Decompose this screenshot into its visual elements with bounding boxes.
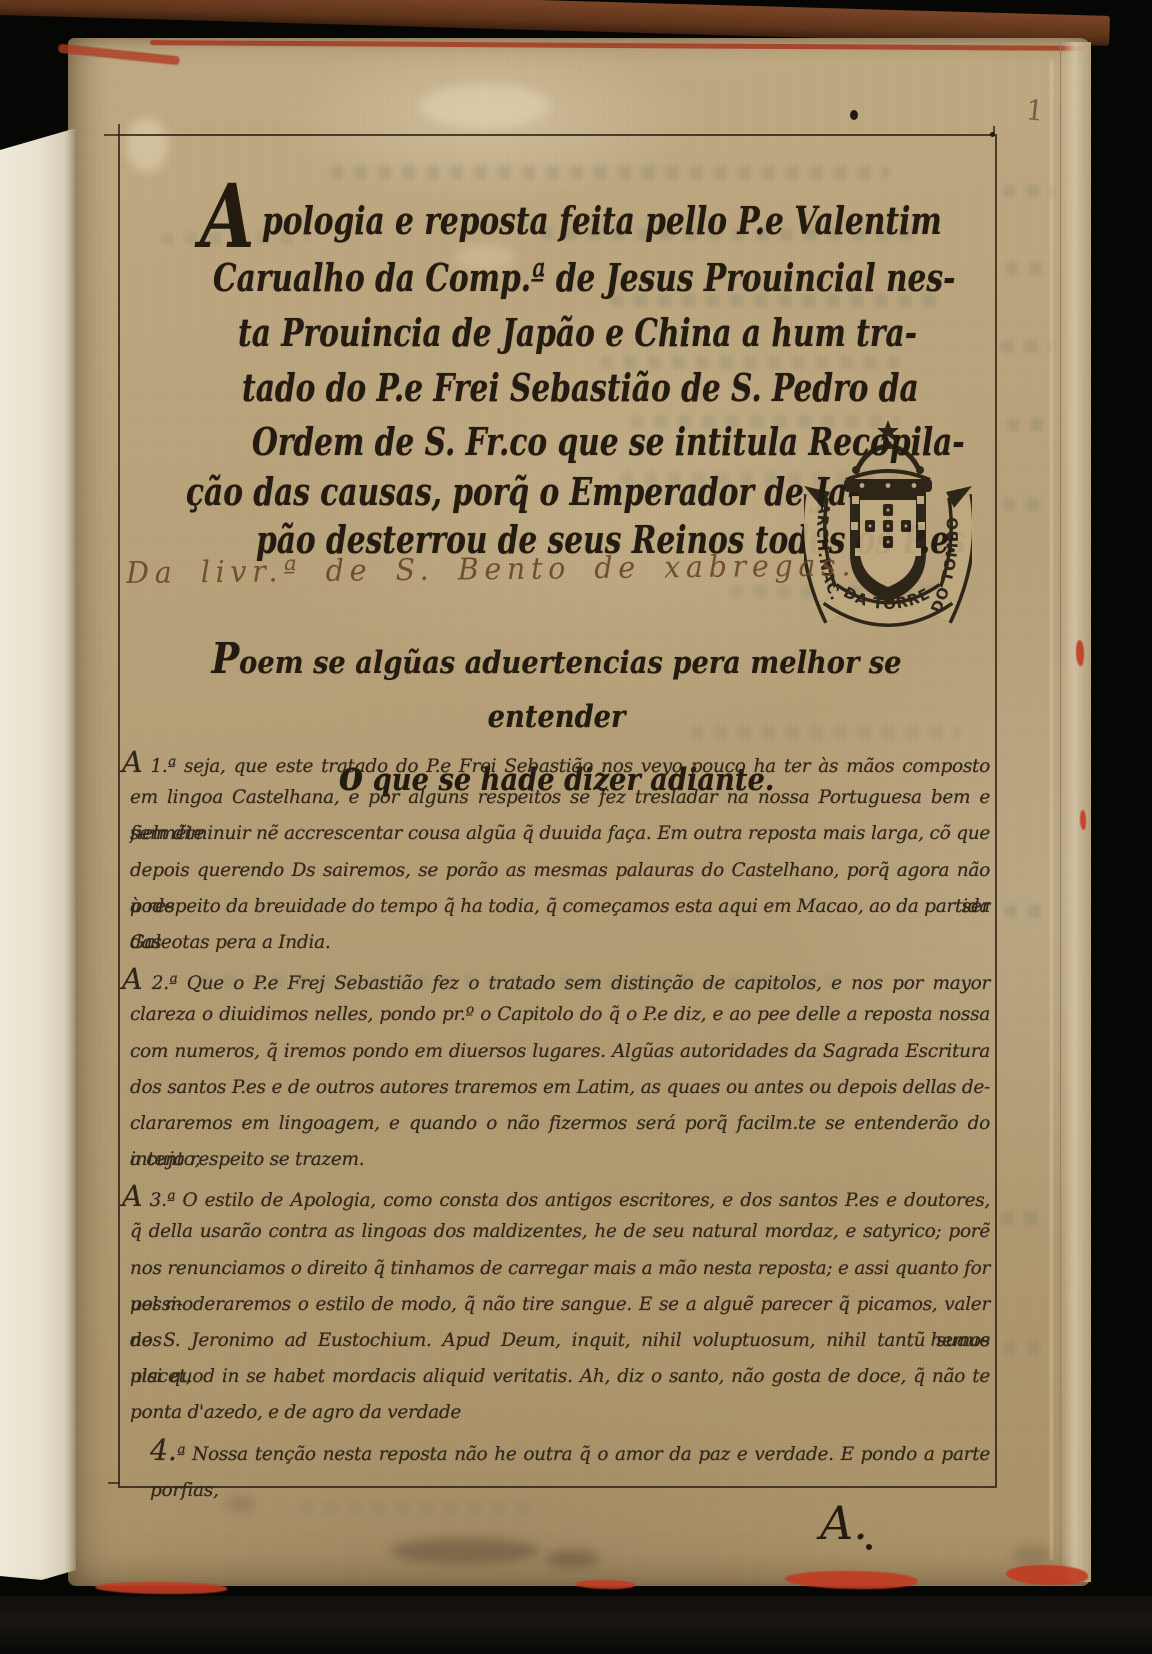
body-line: sem diminuir nẽ accrescentar cousa algũa… [130, 816, 990, 852]
red-edge-smudge [1080, 810, 1086, 830]
page-edge-stack [1060, 42, 1091, 1582]
bleedthrough-ghost [1002, 498, 1048, 511]
bleedthrough-ghost [1000, 1212, 1046, 1225]
bleedthrough-ghost [1005, 262, 1053, 275]
body-text: A 1.ª seja, que este tratado do P.e Frei… [122, 744, 990, 1468]
stamp-crown [844, 420, 932, 492]
facing-page-edge [0, 128, 76, 1580]
title-line: ta Prouincia de Japão e China a hum tra- [238, 312, 917, 354]
body-line: com numeros, q̃ iremos pondo em diuersos… [130, 1034, 990, 1070]
folio-number: 1 [1024, 93, 1045, 128]
body-line: clareza o diuidimos nelles, pondo pr.º o… [130, 997, 990, 1033]
stamp-shield [850, 492, 926, 602]
paper-stain [420, 84, 550, 128]
body-line: q̃ della usarão contra as lingoas dos ma… [130, 1214, 990, 1250]
frame-overshoot [108, 1482, 120, 1484]
backdrop [0, 1596, 1152, 1654]
body-line: 4.ª Nossa tenção nesta reposta não he ou… [150, 1432, 990, 1468]
title-line: tado do P.e Frei Sebastião de S. Pedro d… [242, 367, 919, 409]
bleedthrough-ghost [1004, 905, 1052, 918]
ink-dot [850, 110, 858, 120]
red-edge-smudge [575, 1580, 635, 1589]
bleedthrough-ghost [1002, 185, 1054, 198]
body-line: dos santos P.es e de outros autores trar… [130, 1070, 990, 1106]
title-line: pologia e reposta feita pello P.e Valent… [262, 200, 942, 242]
body-line: A 3.ª O estilo de Apologia, como consta … [122, 1178, 990, 1214]
ink-dot [990, 132, 995, 137]
body-line: em lingoa Castelhana, e por alguns respe… [130, 780, 990, 816]
red-edge-smudge [1076, 640, 1084, 666]
subtitle-line: Poem se algũas aduertencias pera melhor … [171, 626, 943, 743]
red-edge-smudge [785, 1571, 917, 1589]
paper-stain [1012, 1544, 1052, 1566]
body-line: à respeito da breuidade do tempo q̃ ha t… [130, 889, 990, 925]
frame-overshoot [118, 124, 120, 136]
bleedthrough-ghost [300, 1502, 540, 1515]
title-line: ção das causas, porq̃ o Emperador de Ja- [186, 471, 860, 513]
paper-stain [225, 1496, 255, 1512]
bleedthrough-ghost [1000, 340, 1052, 353]
body-line: depois querendo Ds sairemos, se porão as… [130, 853, 990, 889]
catchword: A. [820, 1496, 868, 1550]
title-drop-initial: A [200, 172, 255, 260]
red-edge-smudge [95, 1582, 227, 1594]
bleedthrough-ghost [1006, 418, 1052, 431]
manuscript-photo: 1 A pologia e reposta feita pello P.e Va… [0, 0, 1152, 1654]
body-line: nos renunciamos o direito q̃ tinhamos de… [130, 1251, 990, 1287]
body-line: Galeotas pera a India. [130, 925, 990, 961]
body-line: A 2.ª Que o P.e Frej Sebastião fez o tra… [122, 961, 990, 997]
body-line: de S. Jeronimo ad Eustochium. Apud Deum,… [130, 1323, 990, 1359]
paper-stain [545, 1550, 600, 1568]
body-line: ponta d'azedo, e de agro da verdade [130, 1395, 990, 1431]
title-line: Carualho da Comp.ª de Jesus Prouincial n… [213, 257, 955, 299]
body-line: clararemos em lingoagem, e quando o não … [130, 1106, 990, 1142]
body-line: A 1.ª seja, que este tratado do P.e Frei… [122, 744, 990, 780]
body-line: uel moderaremos o estilo de modo, q̃ não… [130, 1287, 990, 1323]
paper-stain [390, 1538, 540, 1564]
body-line: nisi quod in se habet mordacis aliquid v… [130, 1359, 990, 1395]
bleedthrough-ghost [1003, 1342, 1051, 1355]
torre-do-tombo-stamp: ARCH.NAC. DO TOMBO DA TORRE [804, 416, 972, 638]
body-line: a cujo respeito se trazem. [130, 1142, 990, 1178]
page-crease [1050, 60, 1053, 1560]
